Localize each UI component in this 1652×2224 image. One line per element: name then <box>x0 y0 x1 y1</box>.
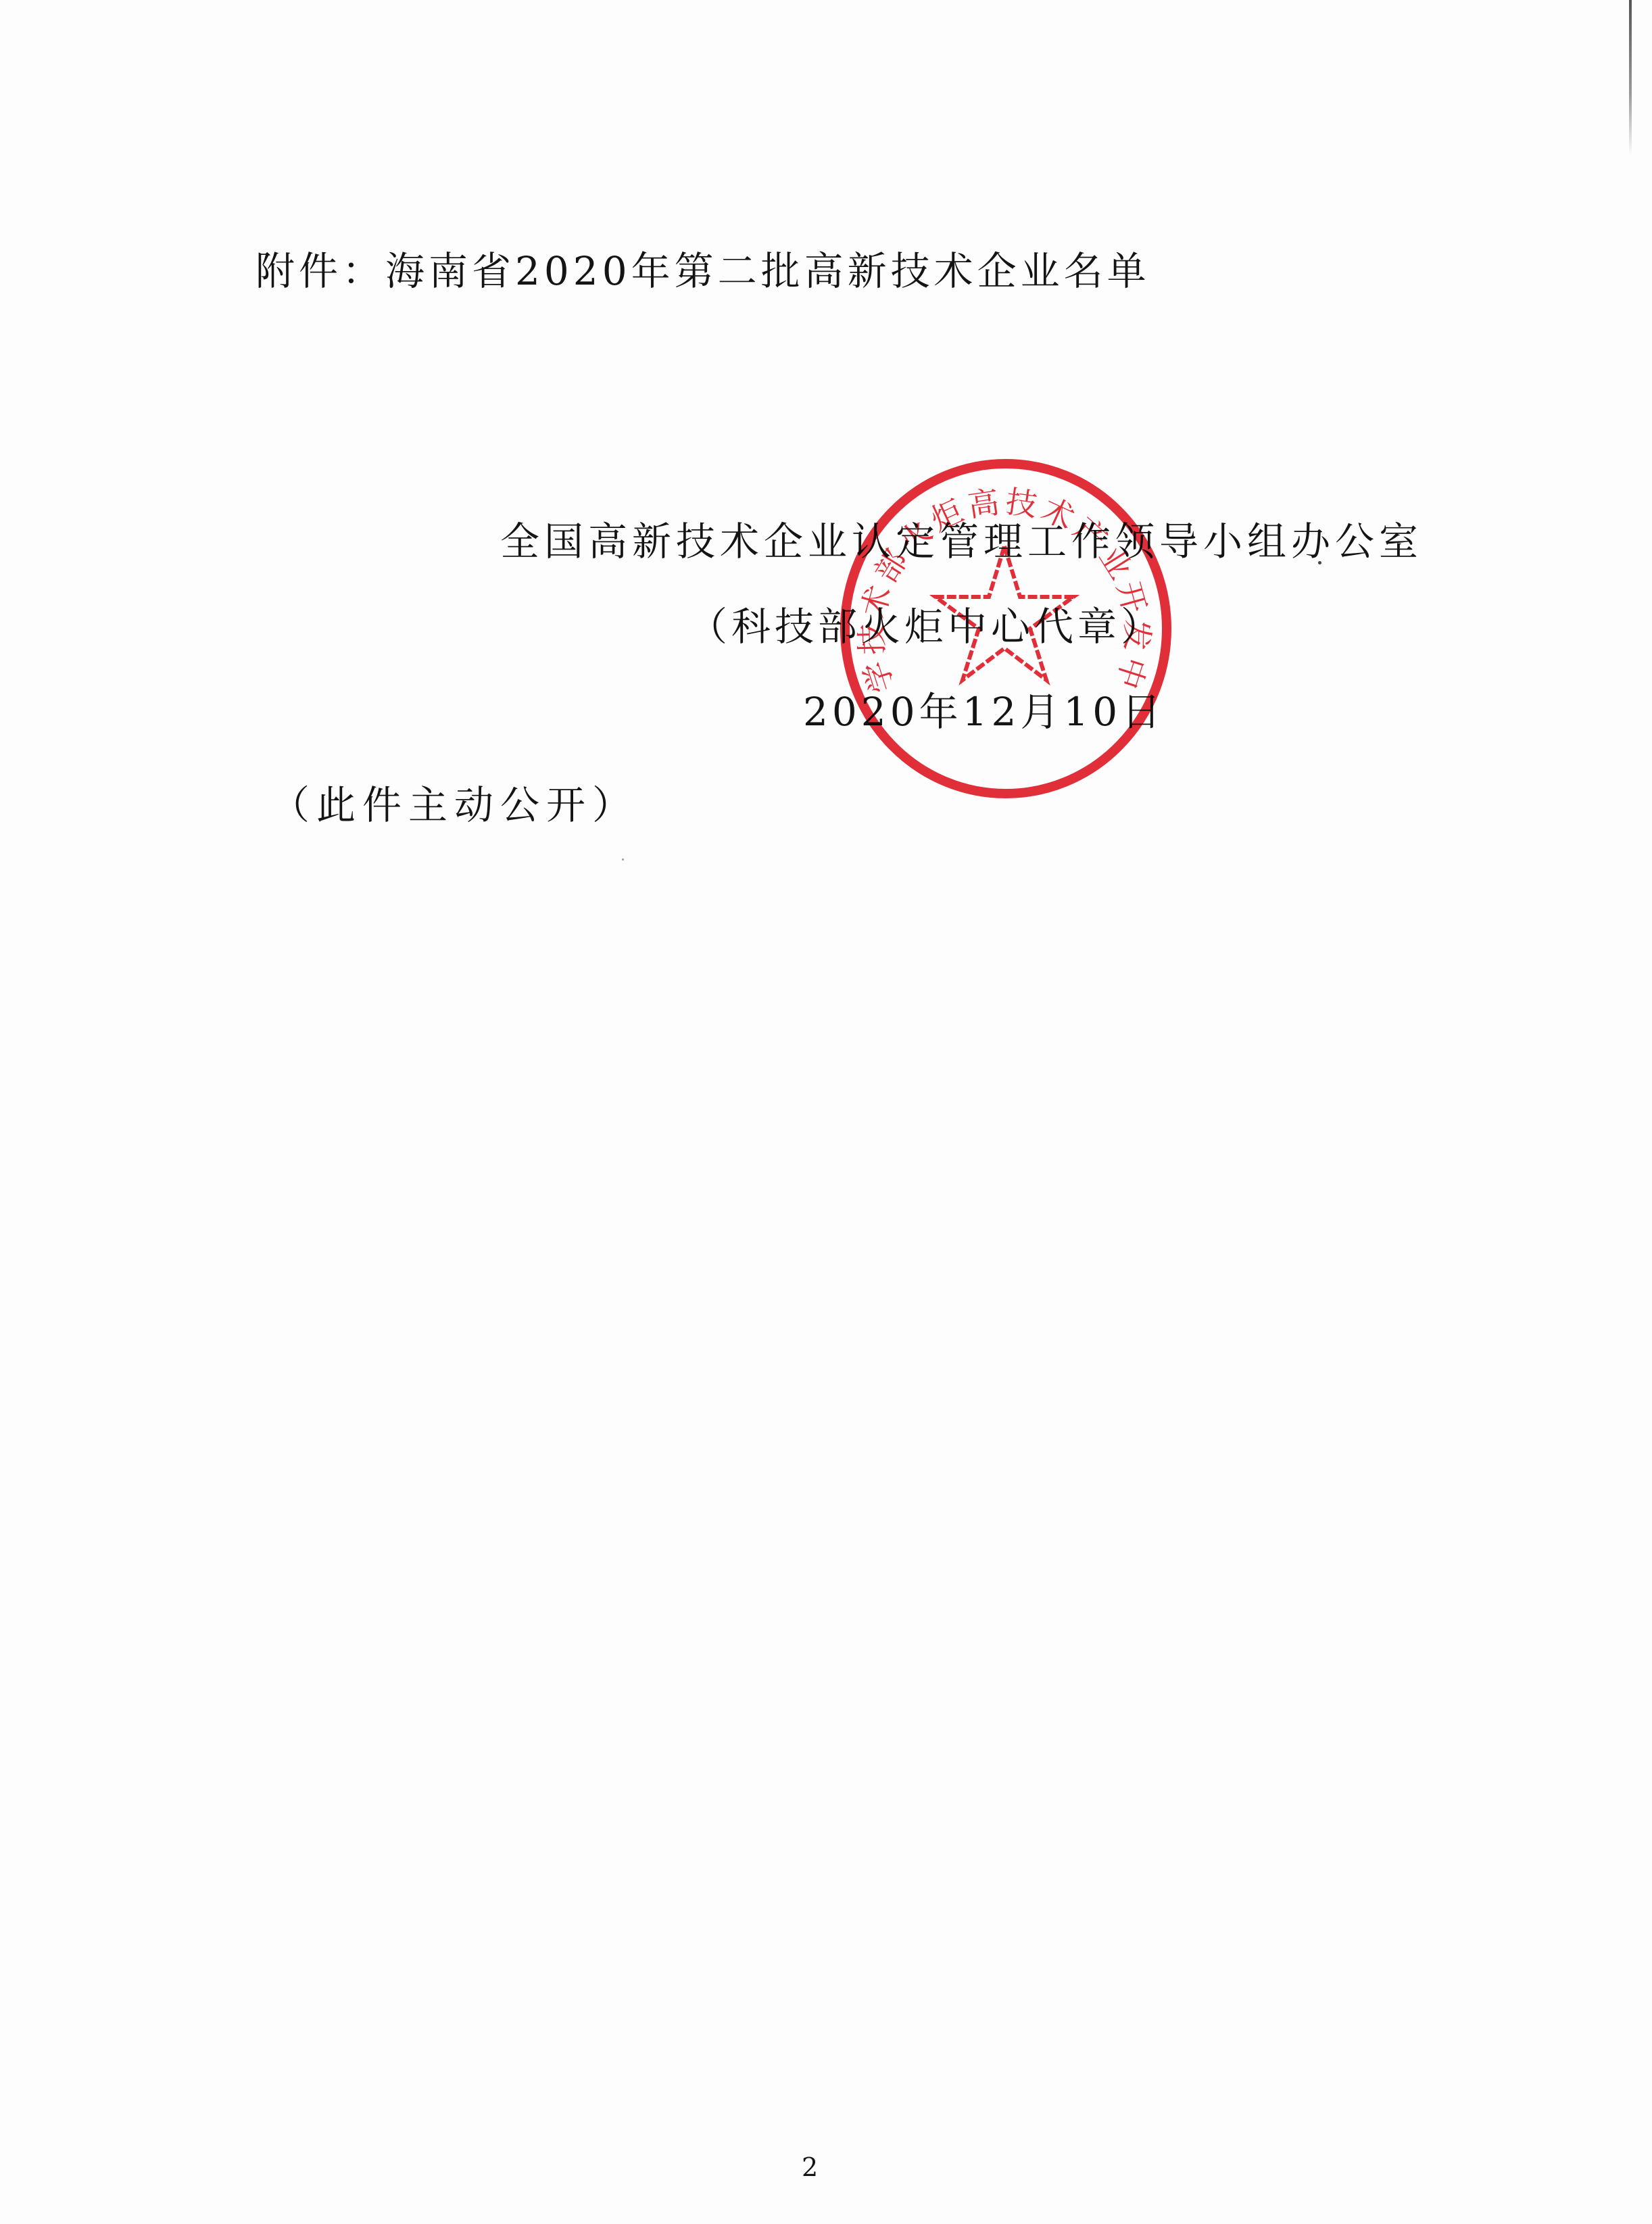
official-seal: 科学技术部火炬高技术产业开发中心 <box>829 452 1180 803</box>
disclosure-note: （此件主动公开） <box>270 785 638 825</box>
scan-speck <box>622 859 624 861</box>
seal-arc-text: 科学技术部火炬高技术产业开发中心 <box>829 452 1155 697</box>
star-icon <box>936 546 1073 680</box>
document-page: 附件：海南省2020年第二批高新技术企业名单 全国高新技术企业认定管理工作领导小… <box>0 0 1652 2224</box>
attachment-line: 附件：海南省2020年第二批高新技术企业名单 <box>256 251 1150 291</box>
page-number: 2 <box>802 2152 818 2182</box>
scan-edge-shadow <box>1629 0 1632 155</box>
